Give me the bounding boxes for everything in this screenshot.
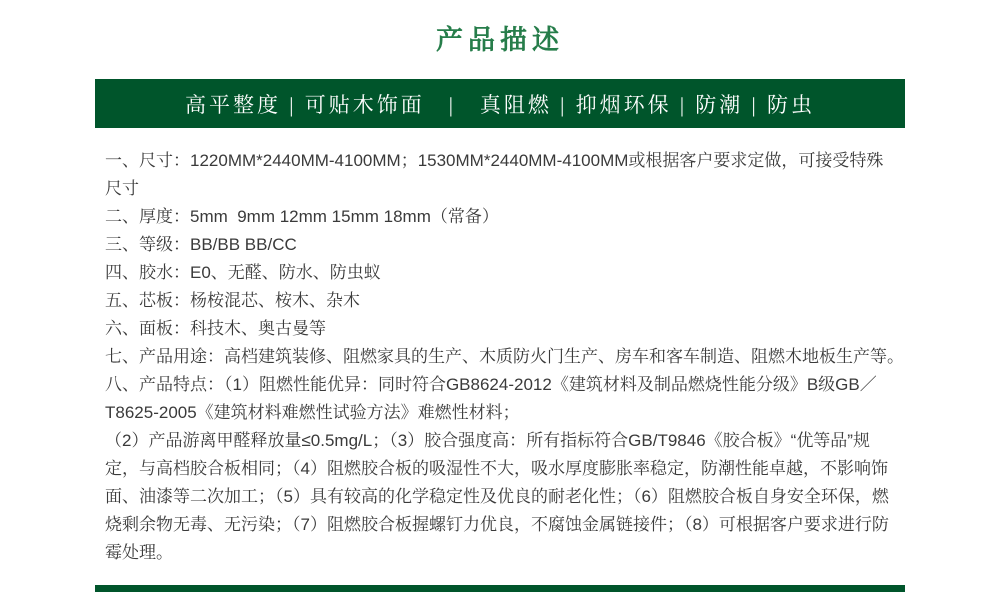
feature-banner: 高平整度 | 可贴木饰面 | 真阻燃 | 抑烟环保 | 防潮 | 防虫 bbox=[95, 79, 905, 128]
next-section-banner-edge bbox=[95, 585, 905, 592]
page-title: 产品描述 bbox=[0, 18, 1000, 57]
description-line-features-4: 定，与高档胶合板相同；（4）阻燃胶合板的吸湿性不大，吸水厚度膨胀率稳定，防潮性能… bbox=[105, 455, 905, 483]
description-line-features-3: （2）产品游离甲醛释放量≤0.5mg/L；（3）胶合强度高：所有指标符合GB/T… bbox=[105, 427, 905, 455]
description-line-core: 五、芯板：杨桉混芯、桉木、杂木 bbox=[105, 287, 905, 315]
feature-banner-text: 高平整度 | 可贴木饰面 | 真阻燃 | 抑烟环保 | 防潮 | 防虫 bbox=[185, 89, 815, 119]
description-line-size: 一、尺寸：1220MM*2440MM-4100MM；1530MM*2440MM-… bbox=[105, 147, 905, 175]
description-line-grade: 三、等级：BB/BB BB/CC bbox=[105, 231, 905, 259]
description-line-thickness: 二、厚度：5mm 9mm 12mm 15mm 18mm（常备） bbox=[105, 203, 905, 231]
description-line-features-6: 烧剩余物无毒、无污染；（7）阻燃胶合板握螺钉力优良，不腐蚀金属链接件；（8）可根… bbox=[105, 511, 905, 539]
description-line-size-cont: 尺寸 bbox=[105, 175, 905, 203]
description-line-glue: 四、胶水：E0、无醛、防水、防虫蚁 bbox=[105, 259, 905, 287]
description-body: 一、尺寸：1220MM*2440MM-4100MM；1530MM*2440MM-… bbox=[105, 147, 905, 567]
description-line-features-1: 八、产品特点：（1）阻燃性能优异：同时符合GB8624-2012《建筑材料及制品… bbox=[105, 371, 905, 399]
description-line-features-2: T8625-2005《建筑材料难燃性试验方法》难燃性材料； bbox=[105, 399, 905, 427]
description-line-face: 六、面板：科技木、奥古曼等 bbox=[105, 315, 905, 343]
description-line-features-5: 面、油漆等二次加工；（5）具有较高的化学稳定性及优良的耐老化性；（6）阻燃胶合板… bbox=[105, 483, 905, 511]
description-line-features-7: 霉处理。 bbox=[105, 539, 905, 567]
description-line-usage: 七、产品用途：高档建筑装修、阻燃家具的生产、木质防火门生产、房车和客车制造、阻燃… bbox=[105, 343, 905, 371]
product-description-section: 产品描述 高平整度 | 可贴木饰面 | 真阻燃 | 抑烟环保 | 防潮 | 防虫… bbox=[0, 0, 1000, 592]
